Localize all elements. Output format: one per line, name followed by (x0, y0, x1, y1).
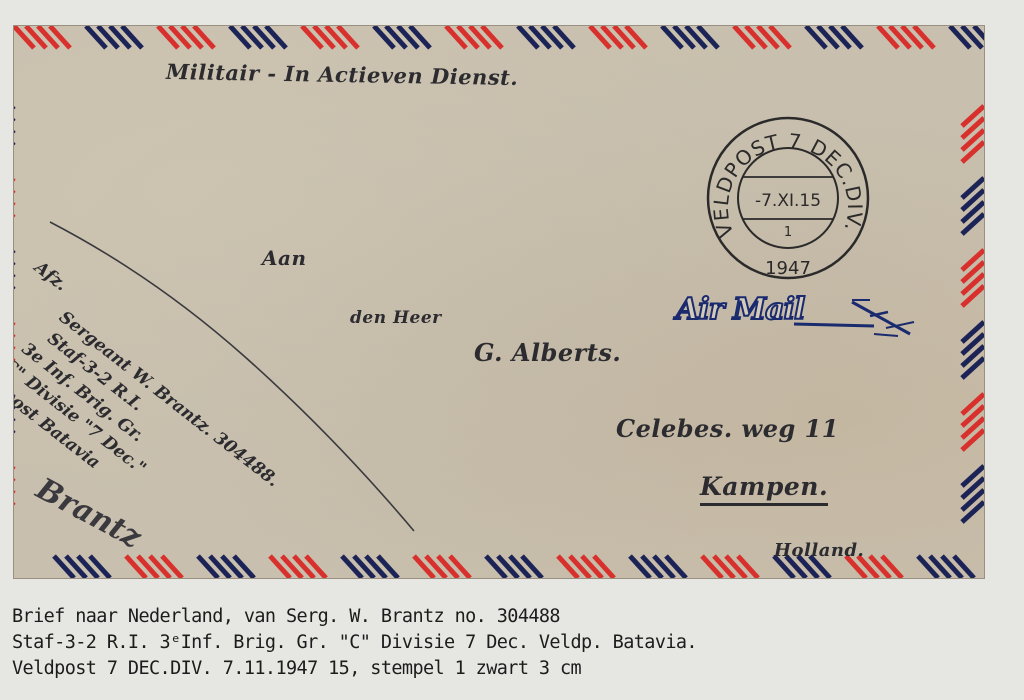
caption-line: Veldpost 7 DEC.DIV. 7.11.1947 15, stempe… (12, 656, 697, 682)
airmail-envelope: Militair - In Actieven Dienst. Aan den H… (14, 26, 984, 578)
postmark-date: -7.XI.15 (755, 191, 821, 211)
postmark-ring-text: VELDPOST 7 DEC.DIV. (709, 129, 867, 241)
military-service-note: Militair - In Actieven Dienst. (166, 59, 519, 90)
svg-text:VELDPOST 7 DEC.DIV.: VELDPOST 7 DEC.DIV. (709, 129, 867, 241)
airplane-icon (674, 288, 924, 338)
sender-address-block: Afz. Sergeant W. Brantz. 304488. Staf-3-… (14, 256, 299, 568)
airmail-label: Air Mail (674, 288, 924, 338)
recipient-city: Kampen. (700, 472, 828, 506)
recipient-name: G. Alberts. (474, 338, 621, 367)
caption-line: Staf-3-2 R.I. 3ᵉInf. Brig. Gr. "C" Divis… (12, 630, 697, 656)
recipient-country: Holland. (774, 540, 864, 561)
caption-line: Brief naar Nederland, van Serg. W. Brant… (12, 604, 697, 630)
recipient-street: Celebes. weg 11 (616, 414, 839, 443)
recipient-aan: Aan (262, 246, 307, 270)
postmark-number: 1 (784, 225, 792, 240)
postmark-year: 1947 (765, 258, 811, 279)
caption: Brief naar Nederland, van Serg. W. Brant… (12, 604, 697, 682)
recipient-salutation: den Heer (350, 308, 442, 328)
veldpost-postmark: VELDPOST 7 DEC.DIV. -7.XI.15 1 1947 (704, 114, 872, 282)
